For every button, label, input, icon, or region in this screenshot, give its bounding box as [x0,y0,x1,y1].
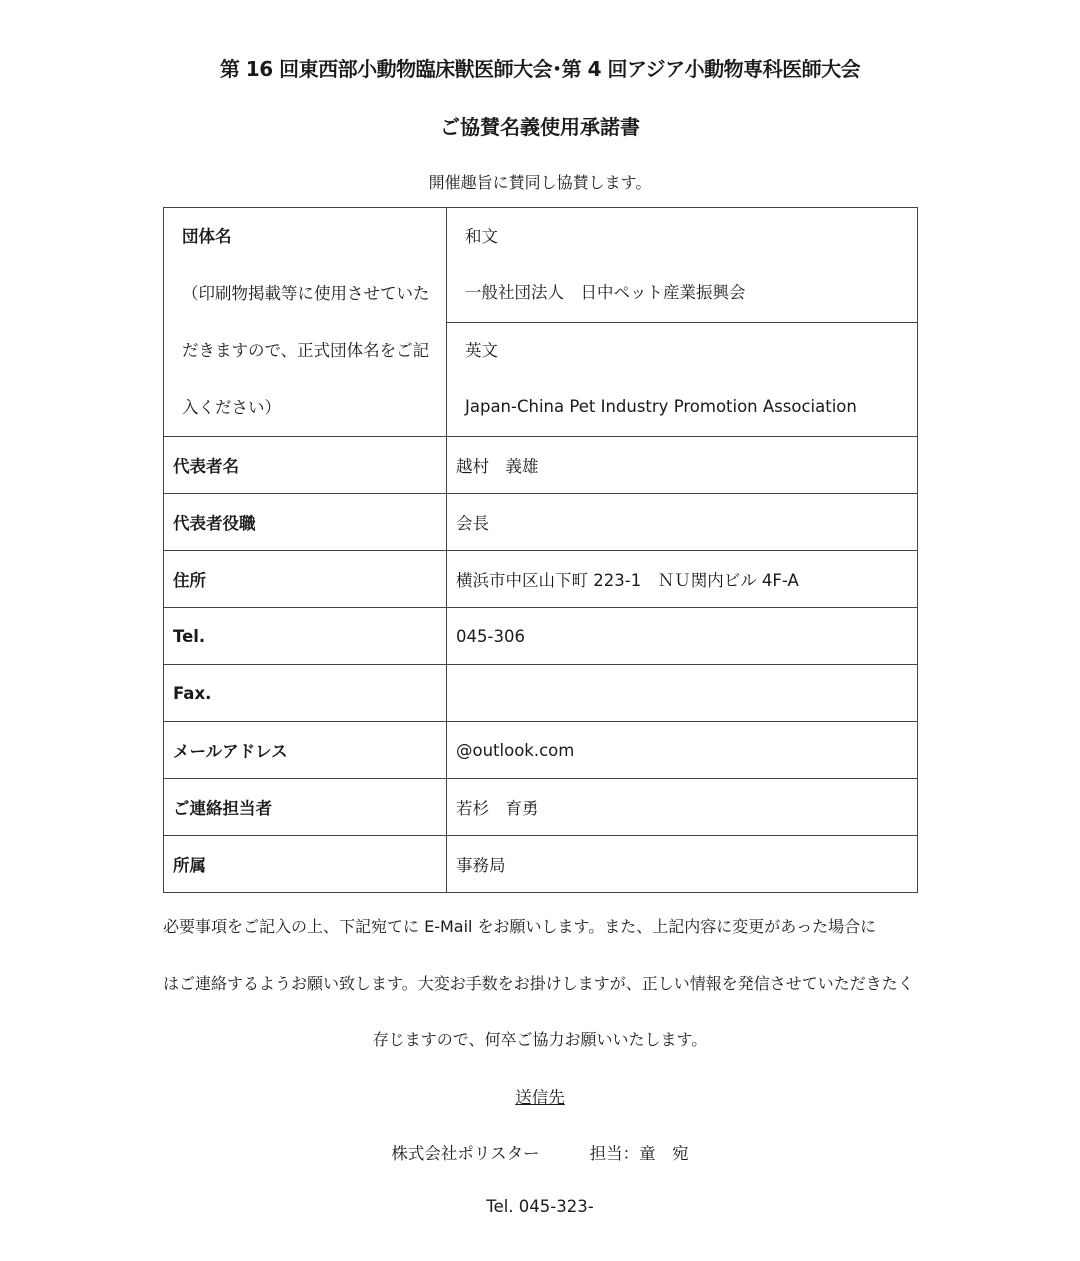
send-to-company: 株式会社ポリスター [391,1144,539,1163]
contact-person-value: 若杉 育勇 [447,779,918,836]
send-to-contact: 担当：童 宛 [590,1144,689,1163]
send-to-heading: 送信先 [0,1084,1080,1108]
fax-value [447,665,918,722]
address-label: 住所 [164,551,447,608]
organization-note-line: だきますので、正式団体名をご記 [173,322,437,379]
contact-person-label: ご連絡担当者 [164,779,447,836]
send-to-tel: Tel. 045-323- [0,1197,1080,1216]
japanese-label: 和文 [456,209,908,265]
table-row: メールアドレス @outlook.com [164,722,918,779]
address-value: 横浜市中区山下町 223-1 ＮＵ関内ビル 4F-A [447,551,918,608]
table-row: ご連絡担当者 若杉 育勇 [164,779,918,836]
tel-label: Tel. [164,608,447,665]
sponsorship-form-table: 団体名 （印刷物掲載等に使用させていた だきますので、正式団体名をご記 入くださ… [163,207,918,893]
table-row: 代表者名 越村 義雄 [164,437,918,494]
organization-note-line: 入ください） [173,379,437,436]
department-label: 所属 [164,836,447,893]
organization-label: 団体名 [173,208,437,265]
table-row: Tel. 045-306 [164,608,918,665]
table-row: 住所 横浜市中区山下町 223-1 ＮＵ関内ビル 4F-A [164,551,918,608]
organization-note-line: （印刷物掲載等に使用させていた [173,265,437,322]
table-row: 所属 事務局 [164,836,918,893]
department-value: 事務局 [447,836,918,893]
english-label: 英文 [456,323,908,379]
english-name-value: Japan-China Pet Industry Promotion Assoc… [456,379,908,435]
representative-title-label: 代表者役職 [164,494,447,551]
japanese-name-value: 一般社団法人 日中ペット産業振興会 [456,265,908,321]
representative-title-value: 会長 [447,494,918,551]
document-subtitle: ご協賛名義使用承諾書 [0,111,1080,140]
instruction-line-2: はご連絡するようお願い致します。大変お手数をお掛けしますが、正しい情報を発信させ… [163,971,917,994]
table-row-organization-japanese: 団体名 （印刷物掲載等に使用させていた だきますので、正式団体名をご記 入くださ… [164,208,918,323]
table-row: 代表者役職 会長 [164,494,918,551]
organization-label-cell: 団体名 （印刷物掲載等に使用させていた だきますので、正式団体名をご記 入くださ… [164,208,447,437]
table-row: Fax. [164,665,918,722]
email-label: メールアドレス [164,722,447,779]
instruction-line-1: 必要事項をご記入の上、下記宛てに E-Mail をお願いします。また、上記内容に… [163,914,917,937]
document-title: 第 16 回東西部小動物臨床獣医師大会･第 4 回アジア小動物専科医師大会 [0,53,1080,82]
send-to-company-line: 株式会社ポリスター担当：童 宛 [0,1140,1080,1164]
intro-text: 開催趣旨に賛同し協賛します。 [0,170,1080,193]
representative-name-value: 越村 義雄 [447,437,918,494]
fax-label: Fax. [164,665,447,722]
organization-english-cell: 英文 Japan-China Pet Industry Promotion As… [447,322,918,437]
organization-japanese-cell: 和文 一般社団法人 日中ペット産業振興会 [447,208,918,323]
instruction-line-3: 存じますので、何卒ご協力お願いいたします。 [163,1027,917,1050]
tel-value: 045-306 [447,608,918,665]
email-value: @outlook.com [447,722,918,779]
representative-name-label: 代表者名 [164,437,447,494]
